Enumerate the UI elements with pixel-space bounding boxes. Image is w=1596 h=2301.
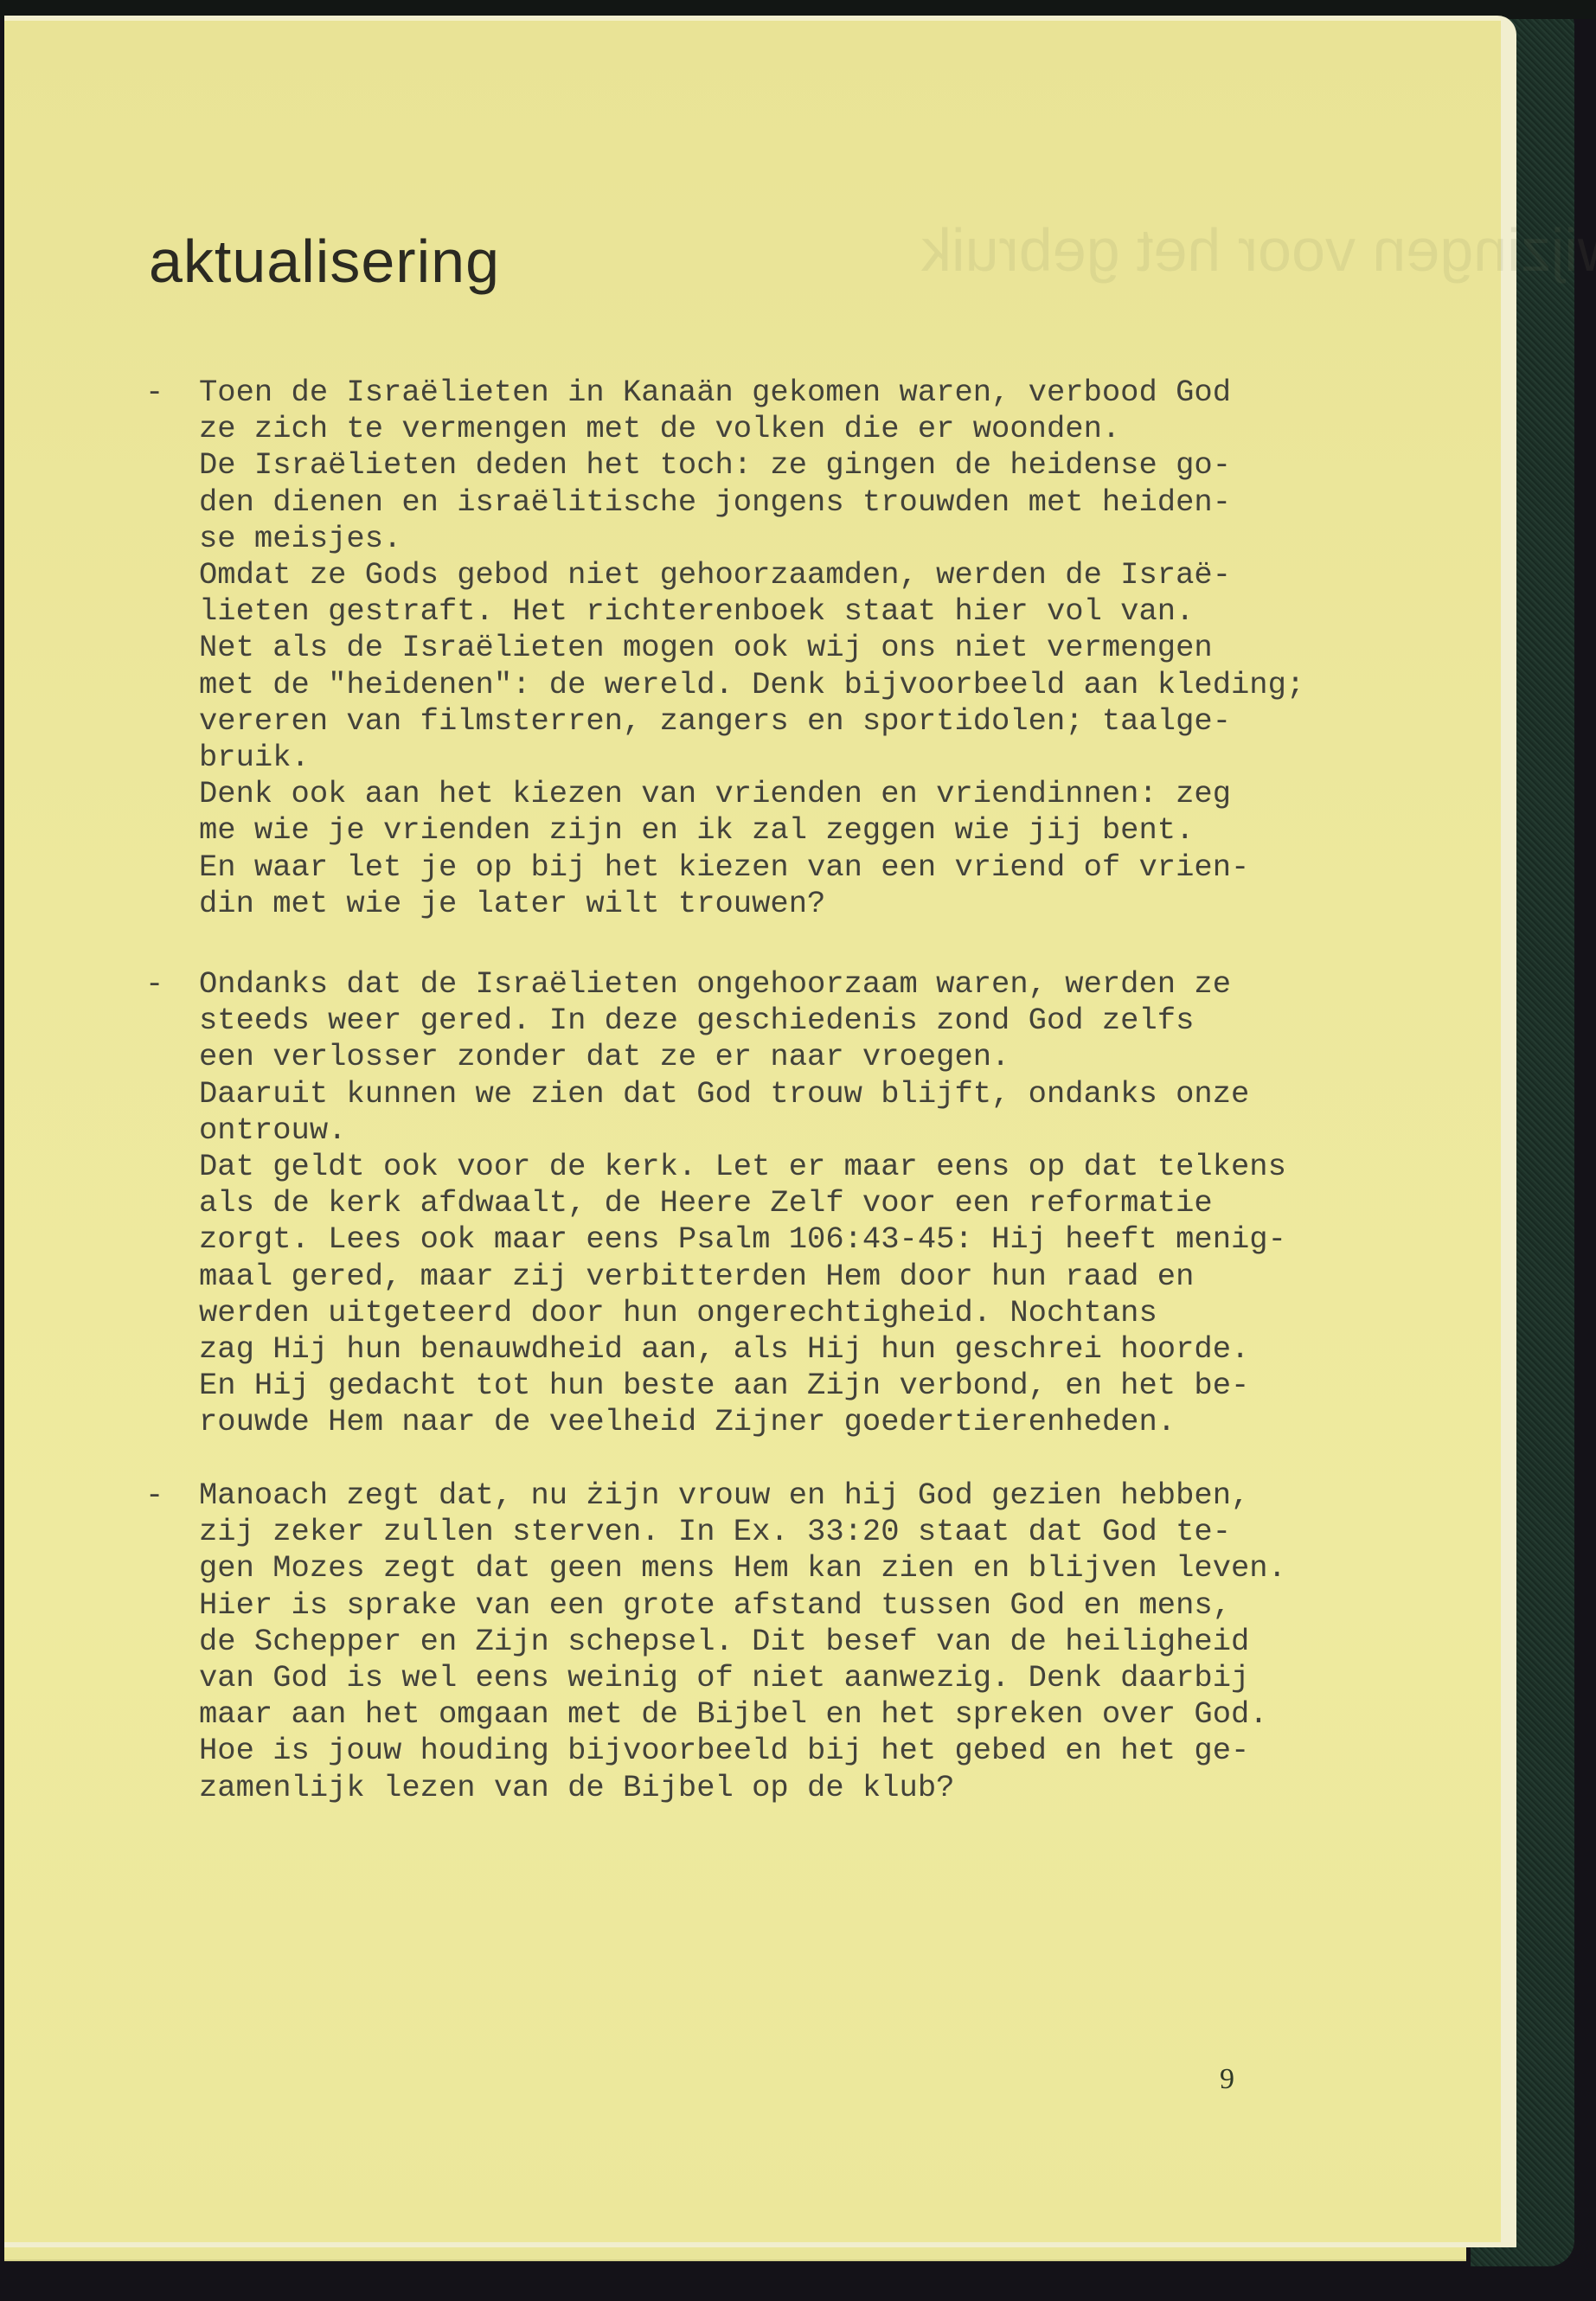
text-line: Net als de Israëlieten mogen ook wij ons… xyxy=(199,630,1304,666)
text-line: gen Mozes zegt dat geen mens Hem kan zie… xyxy=(199,1550,1286,1586)
text-line: Toen de Israëlieten in Kanaän gekomen wa… xyxy=(199,375,1304,411)
text-line: vereren van filmsterren, zangers en spor… xyxy=(199,703,1304,740)
text-line: Omdat ze Gods gebod niet gehoorzaamden, … xyxy=(199,557,1304,593)
text-line: maar aan het omgaan met de Bijbel en het… xyxy=(199,1696,1286,1733)
text-line: steeds weer gered. In deze geschiedenis … xyxy=(199,1003,1286,1039)
text-line: Ondanks dat de Israëlieten ongehoorzaam … xyxy=(199,966,1286,1003)
paragraph: Toen de Israëlieten in Kanaän gekomen wa… xyxy=(199,375,1304,922)
text-line: me wie je vrienden zijn en ik zal zeggen… xyxy=(199,812,1304,849)
text-line: als de kerk afdwaalt, de Heere Zelf voor… xyxy=(199,1185,1286,1221)
text-line: zorgt. Lees ook maar eens Psalm 106:43-4… xyxy=(199,1221,1286,1258)
text-line: ontrouw. xyxy=(199,1112,1286,1149)
text-line: de Schepper en Zijn schepsel. Dit besef … xyxy=(199,1624,1286,1660)
text-line: maal gered, maar zij verbitterden Hem do… xyxy=(199,1259,1286,1295)
paragraph: Manoach zegt dat, nu żijn vrouw en hij G… xyxy=(199,1477,1286,1806)
text-line: zij zeker zullen sterven. In Ex. 33:20 s… xyxy=(199,1514,1286,1550)
text-line: met de "heidenen": de wereld. Denk bijvo… xyxy=(199,667,1304,703)
text-line: En waar let je op bij het kiezen van een… xyxy=(199,849,1304,886)
text-line: zag Hij hun benauwdheid aan, als Hij hun… xyxy=(199,1331,1286,1368)
text-line: Manoach zegt dat, nu żijn vrouw en hij G… xyxy=(199,1477,1286,1514)
bullet-dash: - xyxy=(145,966,180,1003)
paragraph: Ondanks dat de Israëlieten ongehoorzaam … xyxy=(199,966,1286,1441)
text-line: Hier is sprake van een grote afstand tus… xyxy=(199,1587,1286,1624)
text-line: den dienen en israëlitische jongens trou… xyxy=(199,484,1304,521)
bullet-dash: - xyxy=(145,1477,180,1514)
text-line: Daaruit kunnen we zien dat God trouw bli… xyxy=(199,1076,1286,1112)
text-line: van God is wel eens weinig of niet aanwe… xyxy=(199,1660,1286,1696)
bleed-through-text: aanwijzingen voor het gebruik xyxy=(921,215,1596,285)
text-line: werden uitgeteerd door hun ongerechtighe… xyxy=(199,1295,1286,1331)
text-line: En Hij gedacht tot hun beste aan Zijn ve… xyxy=(199,1368,1286,1404)
bullet-dash: - xyxy=(145,375,180,411)
text-line: een verlosser zonder dat ze er naar vroe… xyxy=(199,1039,1286,1075)
page-title: aktualisering xyxy=(149,227,500,296)
text-line: De Israëlieten deden het toch: ze gingen… xyxy=(199,447,1304,484)
text-line: ze zich te vermengen met de volken die e… xyxy=(199,411,1304,447)
text-line: rouwde Hem naar de veelheid Zijner goede… xyxy=(199,1404,1286,1440)
page-number: 9 xyxy=(1220,2063,1234,2096)
text-line: lieten gestraft. Het richterenboek staat… xyxy=(199,593,1304,630)
text-line: din met wie je later wilt trouwen? xyxy=(199,886,1304,922)
text-line: bruik. xyxy=(199,740,1304,776)
text-line: zamenlijk lezen van de Bijbel op de klub… xyxy=(199,1770,1286,1806)
text-line: se meisjes. xyxy=(199,521,1304,557)
text-line: Denk ook aan het kiezen van vrienden en … xyxy=(199,776,1304,812)
text-line: Dat geldt ook voor de kerk. Let er maar … xyxy=(199,1149,1286,1185)
text-line: Hoe is jouw houding bijvoorbeeld bij het… xyxy=(199,1733,1286,1769)
